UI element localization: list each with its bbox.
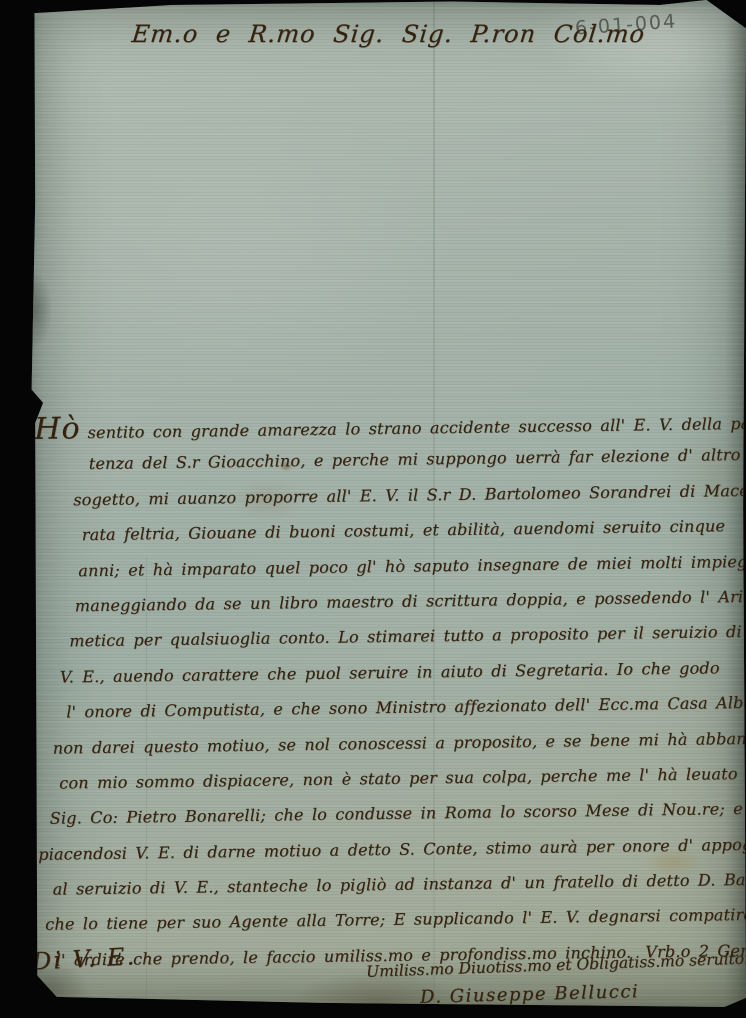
closing-address: Di V. E.: [31, 942, 136, 975]
letter-page: 6-01-004 Em.o e R.mo Sig. Sig. P.ron Col…: [28, 0, 746, 1012]
document-scan: 6-01-004 Em.o e R.mo Sig. Sig. P.ron Col…: [0, 0, 746, 1018]
letter-body: Hòsentito con grande amarezza lo strano …: [24, 402, 738, 978]
opening-initial: Hò: [34, 411, 81, 447]
letter-salutation: Em.o e R.mo Sig. Sig. P.ron Col.mo: [131, 20, 647, 48]
signature: D. Giuseppe Bellucci: [420, 981, 640, 1008]
